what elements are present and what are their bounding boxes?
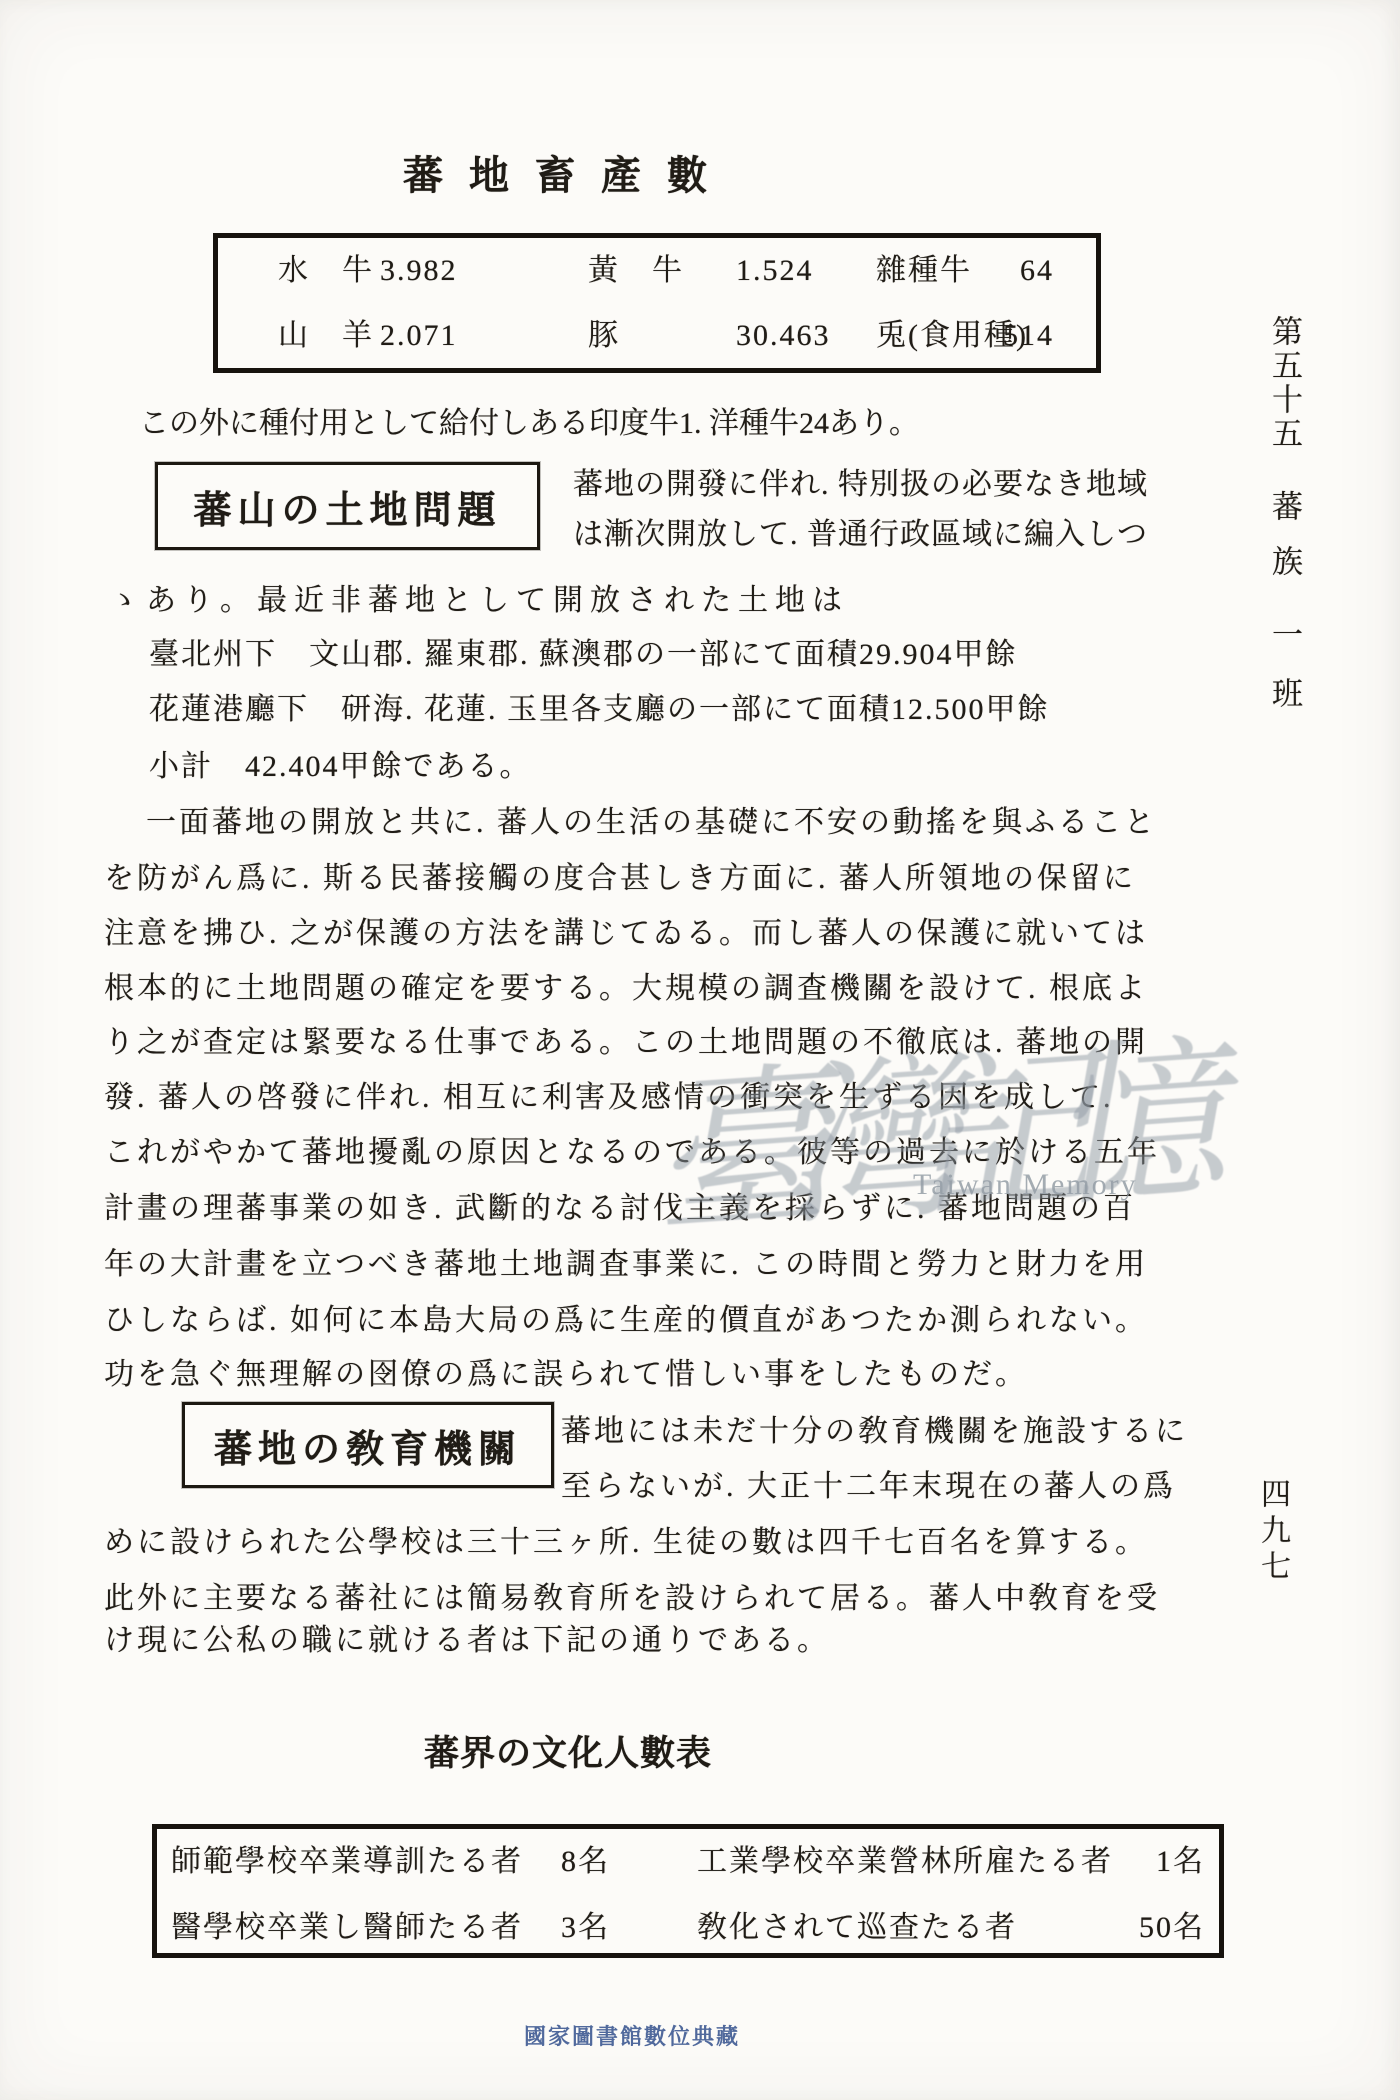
table-row: 醫學校卒業し醫師たる者 3名 敎化されて巡查たる者 50名 <box>157 1897 1219 1959</box>
paragraph-line: 注意を拂ひ. 之が保護の方法を講じてゐる。而し蕃人の保護に就いては <box>104 908 1148 952</box>
culture-table: 師範學校卒業導訓たる者 8名 工業學校卒業營林所雇たる者 1名 醫學校卒業し醫師… <box>152 1824 1224 1958</box>
cell-value: 64 <box>1020 238 1054 303</box>
cell-label: 豚 <box>588 303 620 368</box>
paragraph-line: 至らないが. 大正十二年末現在の蕃人の爲 <box>561 1461 1176 1505</box>
area-list-line: 花蓮港廳下 研海. 花蓮. 玉里各支廳の一部にて面積12.500甲餘 <box>149 684 1050 728</box>
section-heading: 蕃地の敎育機關 <box>214 1418 522 1473</box>
paragraph-line: 根本的に土地問題の確定を要する。大規模の調査機關を設けて. 根底よ <box>104 963 1148 1007</box>
cell-label: 醫學校卒業し醫師たる者 <box>171 1897 523 1959</box>
paragraph-line: 功を急ぐ無理解の囹僚の爲に誤られて惜しい事をしたものだ。 <box>104 1349 1028 1393</box>
cell-label: 山 羊 <box>278 303 374 368</box>
area-list-line: 小計 42.404甲餘である。 <box>149 741 532 785</box>
table-row: 師範學校卒業導訓たる者 8名 工業學校卒業營林所雇たる者 1名 <box>157 1831 1219 1893</box>
margin-chapter-label: 一班 <box>1262 618 1307 736</box>
cell-label: 工業學校卒業營林所雇たる者 <box>697 1831 1113 1893</box>
culture-table-title: 蕃界の文化人數表 <box>424 1726 712 1776</box>
cell-value: 3.982 <box>380 238 458 303</box>
paragraph-line: ひしならば. 如何に本島大局の爲に生産的價直があつたか測られない。 <box>104 1295 1148 1339</box>
paragraph-line: 此外に主要なる蕃社には簡易敎育所を設けられて居る。蕃人中敎育を受 <box>104 1573 1160 1617</box>
land-section-heading-box: 蕃山の土地問題 <box>155 462 540 550</box>
cell-label: 黃 牛 <box>588 238 684 303</box>
cell-value: 1名 <box>1156 1831 1205 1893</box>
intro-line: この外に種付用として給付しある印度牛1. 洋種牛24あり。 <box>139 398 919 442</box>
cell-value: 514 <box>1003 303 1054 368</box>
page-title: 蕃地畜產數 <box>403 144 733 201</box>
cell-label: 師範學校卒業導訓たる者 <box>171 1831 523 1893</box>
paragraph-line: 年の大計畫を立つべき蕃地土地調査事業に. この時間と勞力と財力を用 <box>104 1239 1148 1283</box>
cell-label: 雜種牛 <box>876 238 972 303</box>
section-heading: 蕃山の土地問題 <box>193 479 501 534</box>
cell-value: 1.524 <box>736 238 814 303</box>
cell-value: 8名 <box>561 1831 610 1893</box>
table-row: 山 羊 2.071 豚 30.463 兎(食用種) 514 <box>218 303 1096 368</box>
cell-value: 30.463 <box>736 303 831 368</box>
area-list-line: 臺北州下 文山郡. 羅東郡. 蘇澳郡の一部にて面積29.904甲餘 <box>149 629 1018 673</box>
paragraph-line: 計畫の理蕃事業の如き. 武斷的なる討伐主義を採らずに. 蕃地問題の百 <box>104 1183 1136 1227</box>
scanned-document-page: 蕃地畜產數 水 牛 3.982 黃 牛 1.524 雜種牛 64 山 羊 2.0… <box>0 0 1400 2100</box>
margin-chapter-label: 蕃族 <box>1262 490 1307 600</box>
livestock-table: 水 牛 3.982 黃 牛 1.524 雜種牛 64 山 羊 2.071 豚 3… <box>213 233 1101 373</box>
paragraph-line: 一面蕃地の開放と共に. 蕃人の生活の基礎に不安の動搖を與ふること <box>146 797 1157 841</box>
cell-label: 敎化されて巡查たる者 <box>697 1897 1017 1959</box>
margin-chapter-label: 第五十五 <box>1262 315 1307 451</box>
page-number: 四九七 <box>1250 1478 1294 1586</box>
paragraph-line: これがやかて蕃地擾亂の原因となるのである。彼等の過去に於ける五年 <box>104 1127 1160 1171</box>
paragraph-line: け現に公私の職に就ける者は下記の通りである。 <box>104 1615 830 1659</box>
cell-value: 50名 <box>1139 1897 1205 1959</box>
table-row: 水 牛 3.982 黃 牛 1.524 雜種牛 64 <box>218 238 1096 303</box>
paragraph-line: り之が查定は緊要なる仕事である。この土地問題の不徹底は. 蕃地の開 <box>104 1017 1148 1061</box>
paragraph-line: 發. 蕃人の啓發に伴れ. 相互に利害及感情の衝突を生ずる因を成して. <box>104 1072 1114 1116</box>
paragraph-line: は漸次開放して. 普通行政區域に編入しつ <box>573 509 1148 553</box>
paragraph-line: ゝあり。最近非蕃地として開放された土地は <box>109 575 849 619</box>
cell-label: 水 牛 <box>278 238 374 303</box>
paragraph-line: めに設けられた公學校は三十三ヶ所. 生徒の數は四千七百名を算する。 <box>104 1517 1148 1561</box>
cell-value: 2.071 <box>380 303 458 368</box>
cell-value: 3名 <box>561 1897 610 1959</box>
paragraph-line: 蕃地には未だ十分の敎育機關を施設するに <box>561 1406 1188 1450</box>
paragraph-line: 蕃地の開發に伴れ. 特別扱の必要なき地域 <box>573 459 1148 503</box>
paragraph-line: を防がん爲に. 斯る民蕃接觸の度合甚しき方面に. 蕃人所領地の保留に <box>104 853 1136 897</box>
education-section-heading-box: 蕃地の敎育機關 <box>182 1402 554 1488</box>
library-footer-label: 國家圖書館數位典藏 <box>524 2020 740 2051</box>
